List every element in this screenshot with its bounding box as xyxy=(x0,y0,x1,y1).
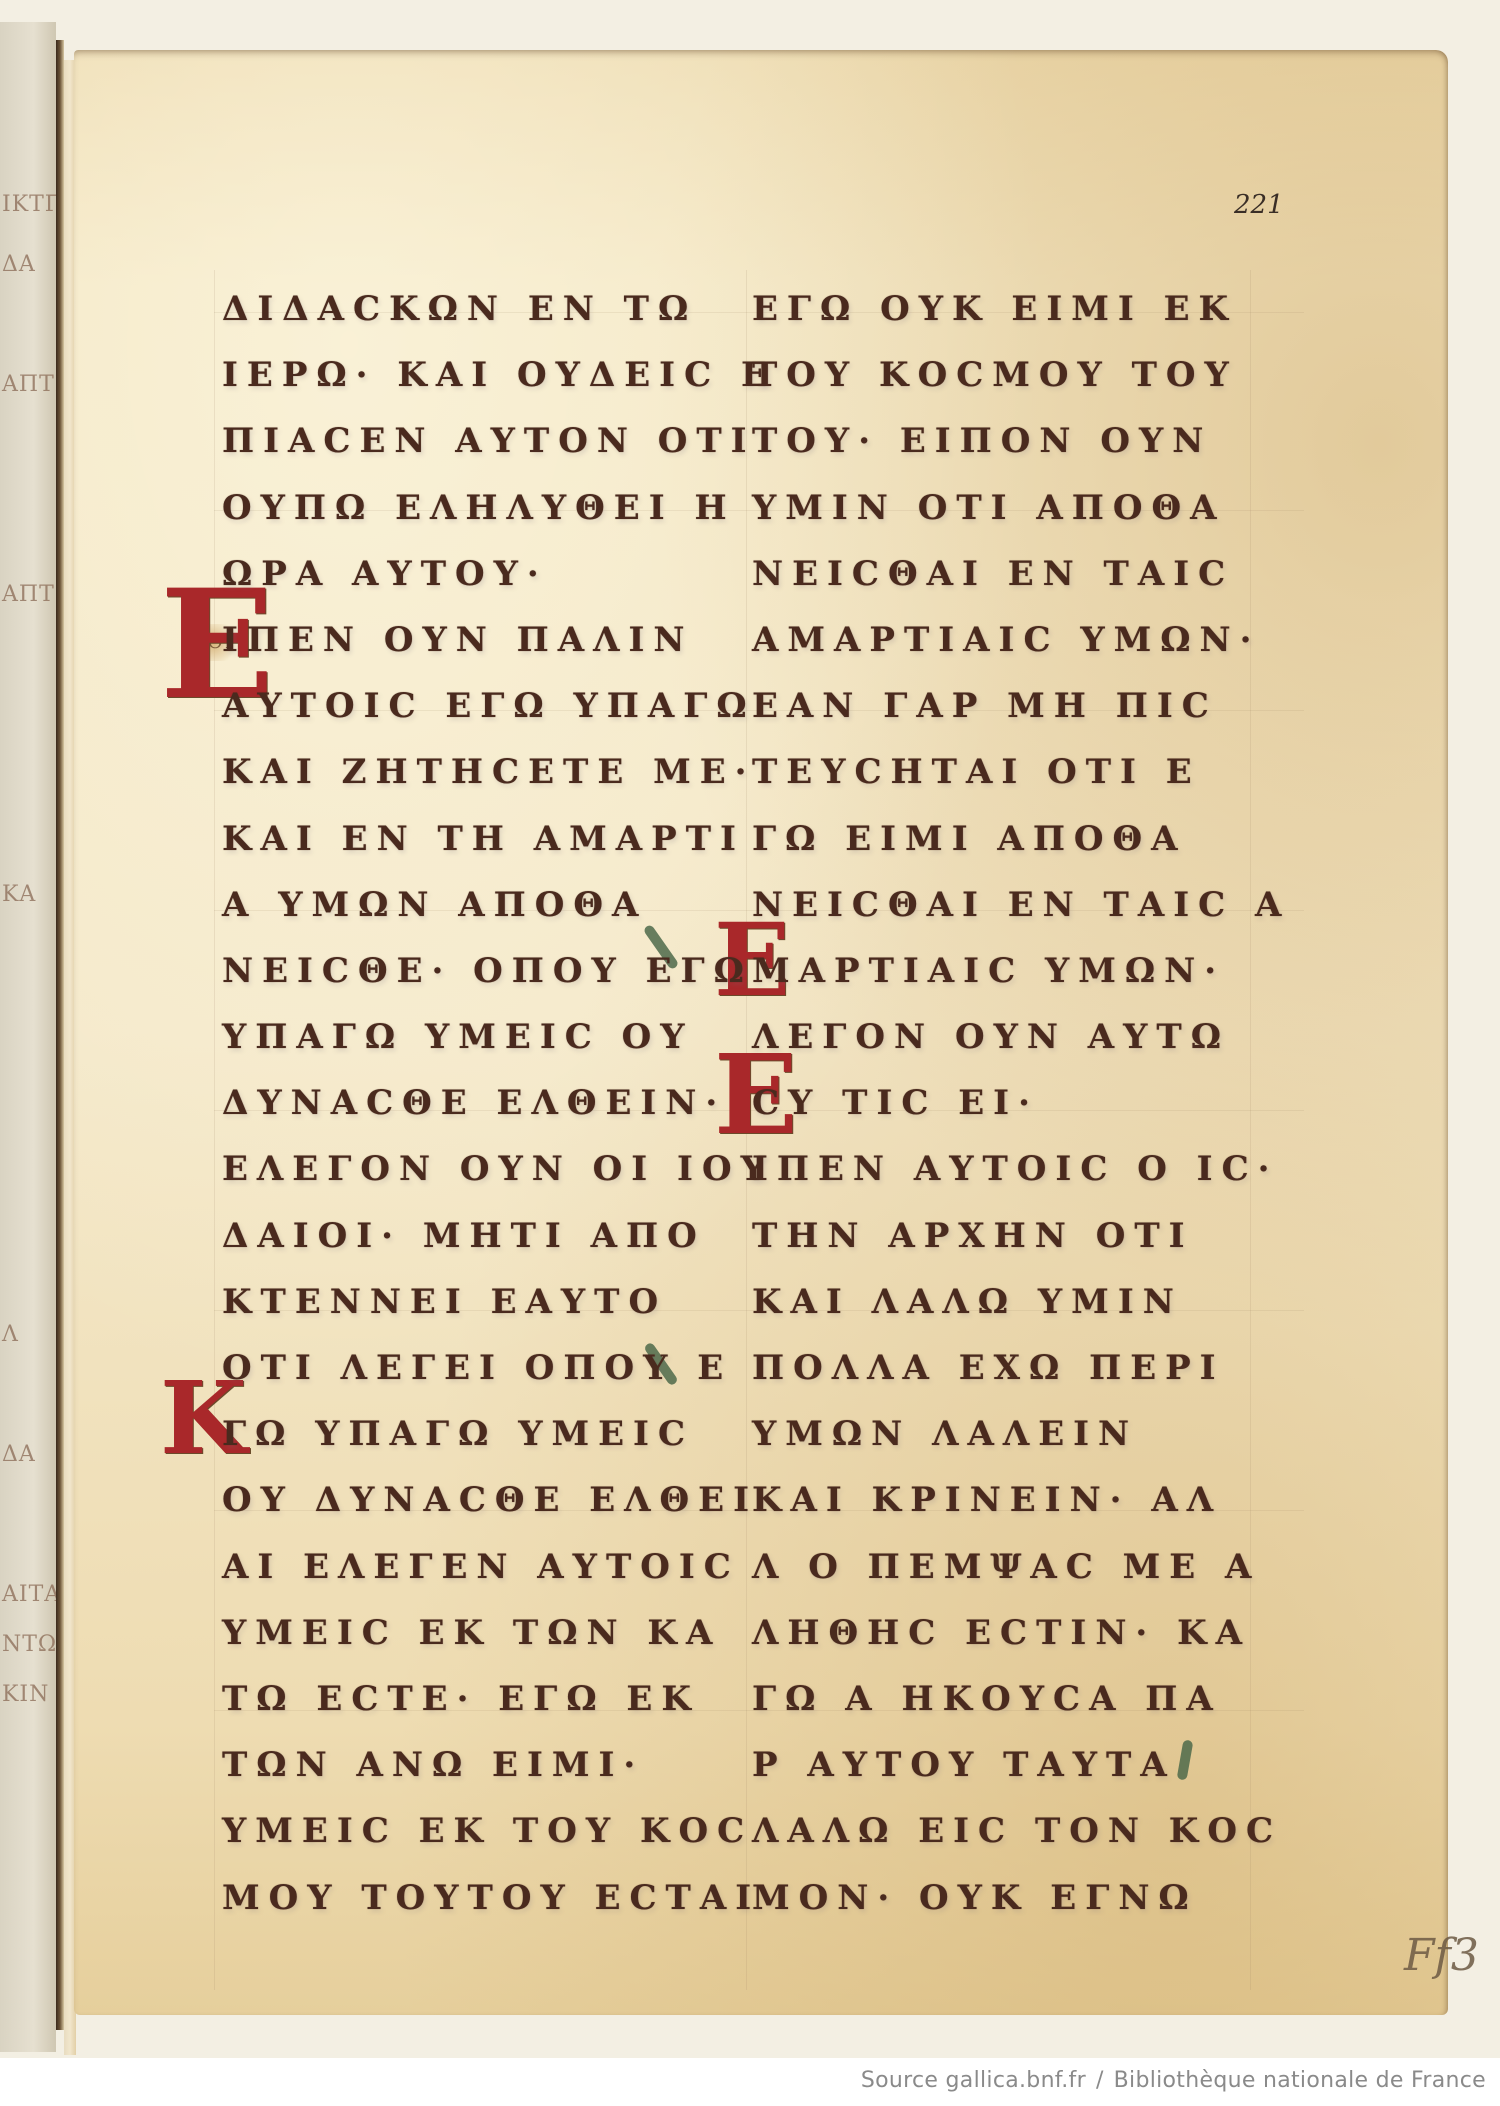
text-line: ΚΑΙ ΚΡΙΝΕΙΝ· ΑΛ xyxy=(752,1467,1290,1533)
text-line: ΝΕΙϹΘΕ· ΟΠΟΥ ΕΓΩ xyxy=(222,938,776,1004)
text-line: ΟΤΙ ΛΕΓΕΙ ΟΠΟΥ Ε xyxy=(222,1335,776,1401)
text-line: Α ΥΜΩΝ ΑΠΟΘΑ xyxy=(222,872,776,938)
text-line: ΥΜΩΝ ΛΑΛΕΙΝ xyxy=(752,1401,1290,1467)
text-line: ΔΙΔΑϹΚΩΝ ΕΝ ΤΩ xyxy=(222,276,776,342)
text-line: ΜΟΝ· ΟΥΚ ΕΓΝΩ xyxy=(752,1865,1290,1931)
text-line: ϹΥ ΤΙϹ ΕΙ· xyxy=(752,1070,1290,1136)
text-line: ΑΙ ΕΛΕΓΕΝ ΑΥΤΟΙϹ xyxy=(222,1534,776,1600)
text-line: ΚΑΙ ΛΑΛΩ ΥΜΙΝ xyxy=(752,1269,1290,1335)
text-line: ΩΡΑ ΑΥΤΟΥ· xyxy=(222,541,776,607)
text-line: ΑΥΤΟΙϹ ΕΓΩ ΥΠΑΓΩ xyxy=(222,673,776,739)
text-line: ΕΓΩ ΟΥΚ ΕΙΜΙ ΕΚ xyxy=(752,276,1290,342)
shelfmark-annotation: Ff3 xyxy=(1404,1930,1479,1981)
text-line: ΕΑΝ ΓΑΡ ΜΗ ΠΙϹ xyxy=(752,673,1290,739)
facing-fragment: ΑΠΤ xyxy=(2,582,55,607)
text-line: ΥΜΕΙϹ ΕΚ ΤΟΥ ΚΟϹ xyxy=(222,1798,776,1864)
facing-fragment: ΙΚΤΓ xyxy=(2,192,56,217)
text-line: ΤΩ ΕϹΤΕ· ΕΓΩ ΕΚ xyxy=(222,1666,776,1732)
source-link[interactable]: Source gallica.bnf.fr xyxy=(861,2068,1086,2093)
text-line: ΙΕΡΩ· ΚΑΙ ΟΥΔΕΙϹ Ε xyxy=(222,342,776,408)
margin-rule xyxy=(214,270,215,1990)
institution-name: Bibliothèque nationale de France xyxy=(1114,2068,1486,2093)
text-line: ΑΜΑΡΤΙΑΙϹ ΥΜΩΝ· xyxy=(752,607,1290,673)
facing-fragment: ΔΑ xyxy=(2,252,36,277)
text-line: ΓΩ Α ΗΚΟΥϹΑ ΠΑ xyxy=(752,1666,1290,1732)
credit-separator: / xyxy=(1096,2068,1104,2093)
text-line: Ρ ΑΥΤΟΥ ΤΑΥΤΑ xyxy=(752,1732,1290,1798)
facing-fragment: ΔΑ xyxy=(2,1442,36,1467)
text-line: ΚΑΙ ΕΝ ΤΗ ΑΜΑΡΤΙ xyxy=(222,806,776,872)
text-column-left: ΔΙΔΑϹΚΩΝ ΕΝ ΤΩ ΙΕΡΩ· ΚΑΙ ΟΥΔΕΙϹ Ε ΠΙΑϹΕΝ… xyxy=(222,276,776,1931)
facing-fragment: ΚΙΝ xyxy=(2,1682,49,1707)
text-line: ΔΥΝΑϹΘΕ ΕΛΘΕΙΝ· xyxy=(222,1070,776,1136)
text-line: ΠΙΑϹΕΝ ΑΥΤΟΝ ΟΤΙ xyxy=(222,408,776,474)
facing-fragment: ΑΙΤΑ xyxy=(2,1582,56,1607)
text-line: ΝΕΙϹΘΑΙ ΕΝ ΤΑΙϹ xyxy=(752,541,1290,607)
facing-fragment: ΑΠΤΓ xyxy=(2,372,56,397)
text-line: ΤΩΝ ΑΝΩ ΕΙΜΙ· xyxy=(222,1732,776,1798)
text-line: ΝΕΙϹΘΑΙ ΕΝ ΤΑΙϹ Α xyxy=(752,872,1290,938)
source-credit: Source gallica.bnf.fr/Bibliothèque natio… xyxy=(861,2068,1486,2093)
text-line: ΚΑΙ ΖΗΤΗϹΕΤΕ ΜΕ· xyxy=(222,739,776,805)
text-line: ΓΩ ΥΠΑΓΩ ΥΜΕΙϹ xyxy=(222,1401,776,1467)
facing-page: ΙΚΤΓ ΔΑ ΑΠΤΓ ΑΠΤ ΚΑ Λ ΔΑ ΑΙΤΑ ΝΤΩ ΚΙΝ xyxy=(0,22,56,2052)
text-line: ΓΩ ΕΙΜΙ ΑΠΟΘΑ xyxy=(752,806,1290,872)
text-line: ΛΗΘΗϹ ΕϹΤΙΝ· ΚΑ xyxy=(752,1600,1290,1666)
text-line: ΟΥ ΔΥΝΑϹΘΕ ΕΛΘΕΙ xyxy=(222,1467,776,1533)
text-line: ΙΠΕΝ ΟΥΝ ΠΑΛΙΝ xyxy=(222,607,776,673)
text-line: ΥΜΕΙϹ ΕΚ ΤΩΝ ΚΑ xyxy=(222,1600,776,1666)
text-line: ΟΥΠΩ ΕΛΗΛΥΘΕΙ Η xyxy=(222,475,776,541)
facing-fragment: ΚΑ xyxy=(2,882,36,907)
text-line: ΥΠΑΓΩ ΥΜΕΙϹ ΟΥ xyxy=(222,1004,776,1070)
text-line: ΜΟΥ ΤΟΥΤΟΥ ΕϹΤΑΙ xyxy=(222,1865,776,1931)
text-line: Λ Ο ΠΕΜΨΑϹ ΜΕ Α xyxy=(752,1534,1290,1600)
folio-number: 221 xyxy=(1234,190,1284,220)
book-gutter xyxy=(56,40,64,2030)
text-line: ΕΛΕΓΟΝ ΟΥΝ ΟΙ ΙΟΥ xyxy=(222,1136,776,1202)
text-line: ΤΗΝ ΑΡΧΗΝ ΟΤΙ xyxy=(752,1203,1290,1269)
facing-fragment: Λ xyxy=(2,1322,19,1347)
text-line: ΤΟΥ ΚΟϹΜΟΥ ΤΟΥ xyxy=(752,342,1290,408)
text-line: ΛΑΛΩ ΕΙϹ ΤΟΝ ΚΟϹ xyxy=(752,1798,1290,1864)
facing-fragment: ΝΤΩ xyxy=(2,1632,56,1657)
text-line: ΥΜΙΝ ΟΤΙ ΑΠΟΘΑ xyxy=(752,475,1290,541)
text-line: ΚΤΕΝΝΕΙ ΕΑΥΤΟ xyxy=(222,1269,776,1335)
text-line: ΙΠΕΝ ΑΥΤΟΙϹ Ο ΙϹ· xyxy=(752,1136,1290,1202)
text-line: ΛΕΓΟΝ ΟΥΝ ΑΥΤΩ xyxy=(752,1004,1290,1070)
text-line: ΔΑΙΟΙ· ΜΗΤΙ ΑΠΟ xyxy=(222,1203,776,1269)
text-line: ΜΑΡΤΙΑΙϹ ΥΜΩΝ· xyxy=(752,938,1290,1004)
text-column-right: ΕΓΩ ΟΥΚ ΕΙΜΙ ΕΚ ΤΟΥ ΚΟϹΜΟΥ ΤΟΥ ΤΟΥ· ΕΙΠΟ… xyxy=(752,276,1290,1931)
text-line: ΤΟΥ· ΕΙΠΟΝ ΟΥΝ xyxy=(752,408,1290,474)
manuscript-folio: 221 ΠΟΥ Ff3 Ε Κ Ε Ε ΔΙΔΑϹΚΩΝ ΕΝ ΤΩ ΙΕΡΩ·… xyxy=(74,50,1448,2015)
text-line: ΤΕΥϹΗΤΑΙ ΟΤΙ Ε xyxy=(752,739,1290,805)
text-line: ΠΟΛΛΑ ΕΧΩ ΠΕΡΙ xyxy=(752,1335,1290,1401)
